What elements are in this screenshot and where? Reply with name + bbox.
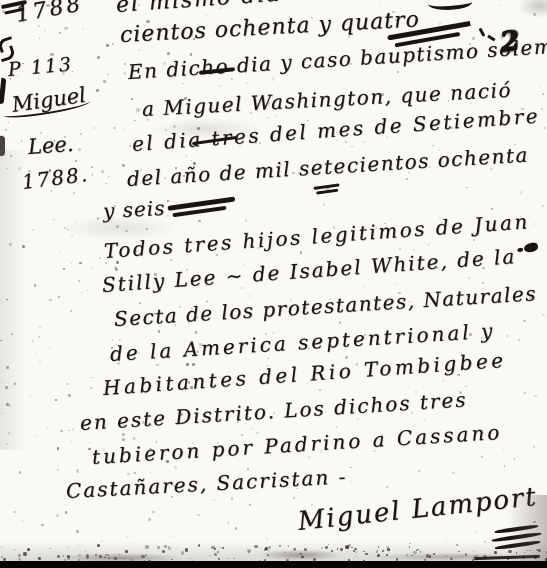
margin-entry-number: P 113 — [7, 53, 74, 81]
margin-year-top: 1788 — [14, 0, 85, 28]
margin-entry-year: 1788. — [21, 162, 91, 194]
scan-smudge-band — [0, 541, 547, 562]
manuscript-line: Castañares, Sacristan - — [65, 464, 348, 503]
margin-name-lee: Lee. — [27, 132, 74, 159]
flourish-double-dash — [167, 194, 239, 222]
signature-rubric-flourish — [490, 524, 545, 557]
scan-shading — [0, 150, 26, 450]
binding-edge-mark — [0, 136, 5, 156]
scanned-document-page: 1788 P 113 Miguel Lee. 1788. 2 el mismo … — [0, 0, 547, 568]
margin-name-miguel: Miguel — [10, 83, 87, 117]
ink-blot — [523, 242, 538, 253]
binding-edge-mark — [0, 78, 6, 104]
manuscript-line: y seis — [102, 196, 166, 223]
corner-ink-scribble — [428, 0, 472, 10]
scan-edge-bar — [0, 561, 547, 568]
signature-underline — [474, 555, 540, 560]
equals-ink-mark — [313, 183, 342, 197]
